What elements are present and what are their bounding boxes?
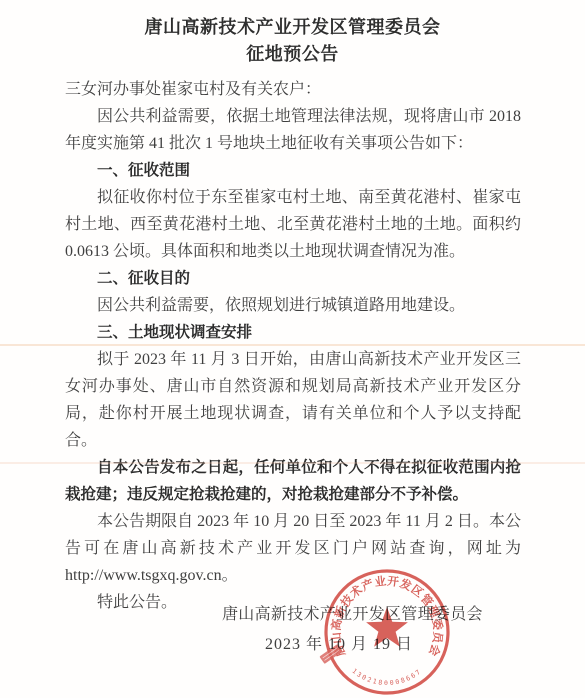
section-1-heading: 一、征收范围 (65, 157, 521, 184)
signature-organization: 唐山高新技术产业开发区管理委员会 (222, 601, 483, 624)
signature-date: 2023 年 10 月 19 日 (265, 631, 413, 654)
seal-serial-number: 1302180008667 (350, 667, 423, 687)
document-subtitle: 征地预公告 (0, 41, 585, 68)
section-2-body: 因公共利益需要，依照规划进行城镇道路用地建设。 (65, 292, 521, 319)
document-title: 唐山高新技术产业开发区管理委员会 (0, 14, 585, 41)
document-header: 唐山高新技术产业开发区管理委员会 征地预公告 (0, 0, 585, 68)
document-body: 三女河办事处崔家屯村及有关农户： 因公共利益需要，依据土地管理法律法规，现将唐山… (0, 68, 585, 616)
section-1-body: 拟征收你村位于东至崔家屯村土地、南至黄花港村、崔家屯村土地、西至黄花港村土地、北… (65, 184, 521, 265)
warning-paragraph: 自本公告发布之日起，任何单位和个人不得在拟征收范围内抢栽抢建；违反规定抢栽抢建的… (65, 454, 521, 508)
section-3-heading: 三、土地现状调查安排 (65, 319, 521, 346)
section-3-body: 拟于 2023 年 11 月 3 日开始，由唐山高新技术产业开发区三女河办事处、… (65, 346, 521, 454)
salutation: 三女河办事处崔家屯村及有关农户： (65, 76, 521, 103)
intro-paragraph: 因公共利益需要，依据土地管理法律法规，现将唐山市 2018 年度实施第 41 批… (65, 103, 521, 157)
section-2-heading: 二、征收目的 (65, 265, 521, 292)
scanned-announcement-page: 唐山高新技术产业开发区管理委员会 征地预公告 三女河办事处崔家屯村及有关农户： … (0, 0, 585, 698)
validity-paragraph: 本公告期限自 2023 年 10 月 20 日至 2023 年 11 月 2 日… (65, 508, 521, 589)
